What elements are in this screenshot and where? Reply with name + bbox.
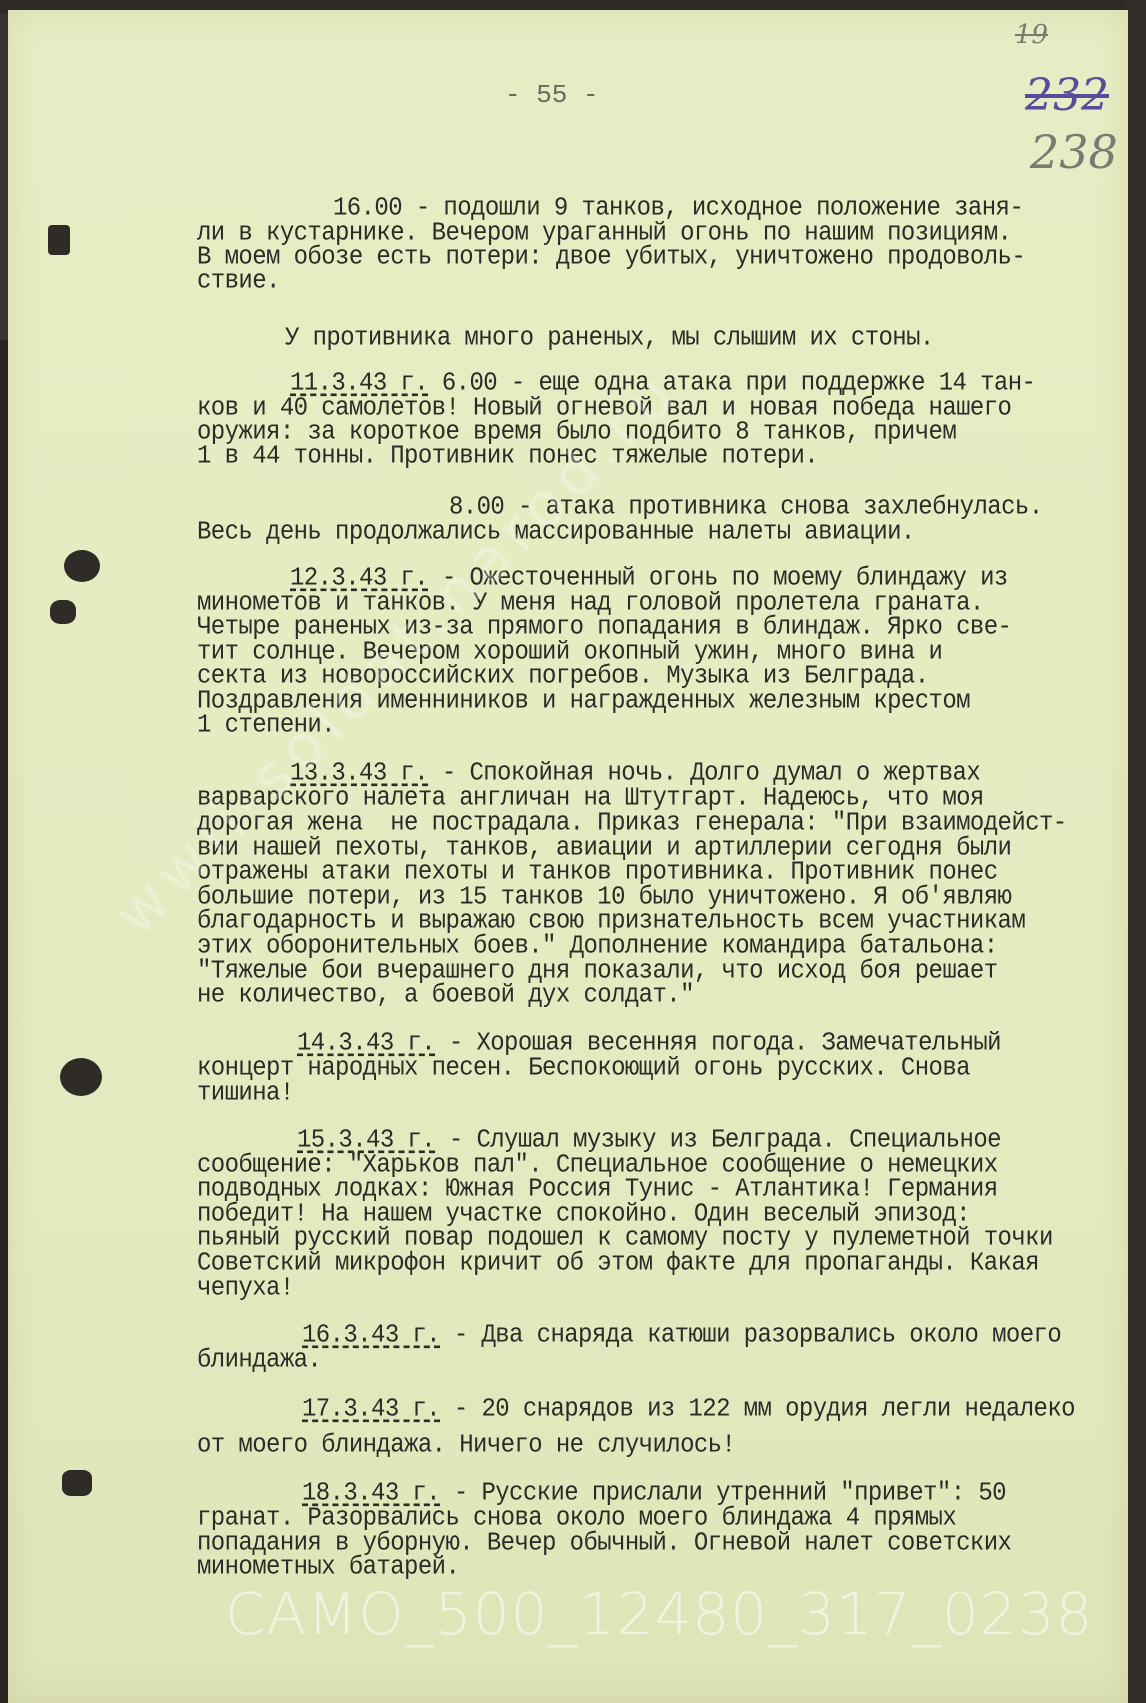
entry-date: 16.3.43 г. xyxy=(302,1321,440,1350)
punch-hole xyxy=(60,1058,102,1096)
text-line: 16.3.43 г. - Два снаряда катюши разорвал… xyxy=(302,1321,1061,1350)
entry-date: 17.3.43 г. xyxy=(302,1395,440,1424)
punch-hole xyxy=(64,550,100,582)
text-line: чепуха! xyxy=(197,1274,294,1303)
archive-watermark: CAMO_500_12480_317_0238 xyxy=(225,1580,1093,1648)
punch-hole xyxy=(48,225,70,255)
text-line: от моего блиндажа. Ничего не случилось! xyxy=(197,1431,735,1460)
archive-mark-crossed: 232 xyxy=(1025,70,1109,121)
archive-mark-top: 19 xyxy=(1015,20,1048,50)
text-line: не количество, а боевой дух солдат." xyxy=(197,981,694,1010)
scan-border-left xyxy=(0,340,8,1703)
text-line: ствие. xyxy=(197,267,280,296)
page-number: - 55 - xyxy=(505,80,599,110)
text-line: 17.3.43 г. - 20 снарядов из 122 мм оруди… xyxy=(302,1395,1075,1424)
text-line: В моем обозе есть потери: двое убитых, у… xyxy=(197,243,1025,272)
text-line: Советский микрофон кричит об этом факте … xyxy=(197,1249,1039,1278)
text-line: 1 в 44 тонны. Противник понес тяжелые по… xyxy=(197,442,818,471)
text-line: концерт народных песен. Беспокоющий огон… xyxy=(197,1054,970,1083)
text-line: минометных батарей. xyxy=(197,1553,459,1582)
punch-hole xyxy=(62,1470,92,1496)
text-line: У противника много раненых, мы слышим их… xyxy=(285,324,934,353)
text-line: тишина! xyxy=(197,1079,294,1108)
archive-folio-number: 238 xyxy=(1030,125,1118,179)
punch-hole xyxy=(50,600,76,624)
text-line: блиндажа. xyxy=(197,1346,321,1375)
